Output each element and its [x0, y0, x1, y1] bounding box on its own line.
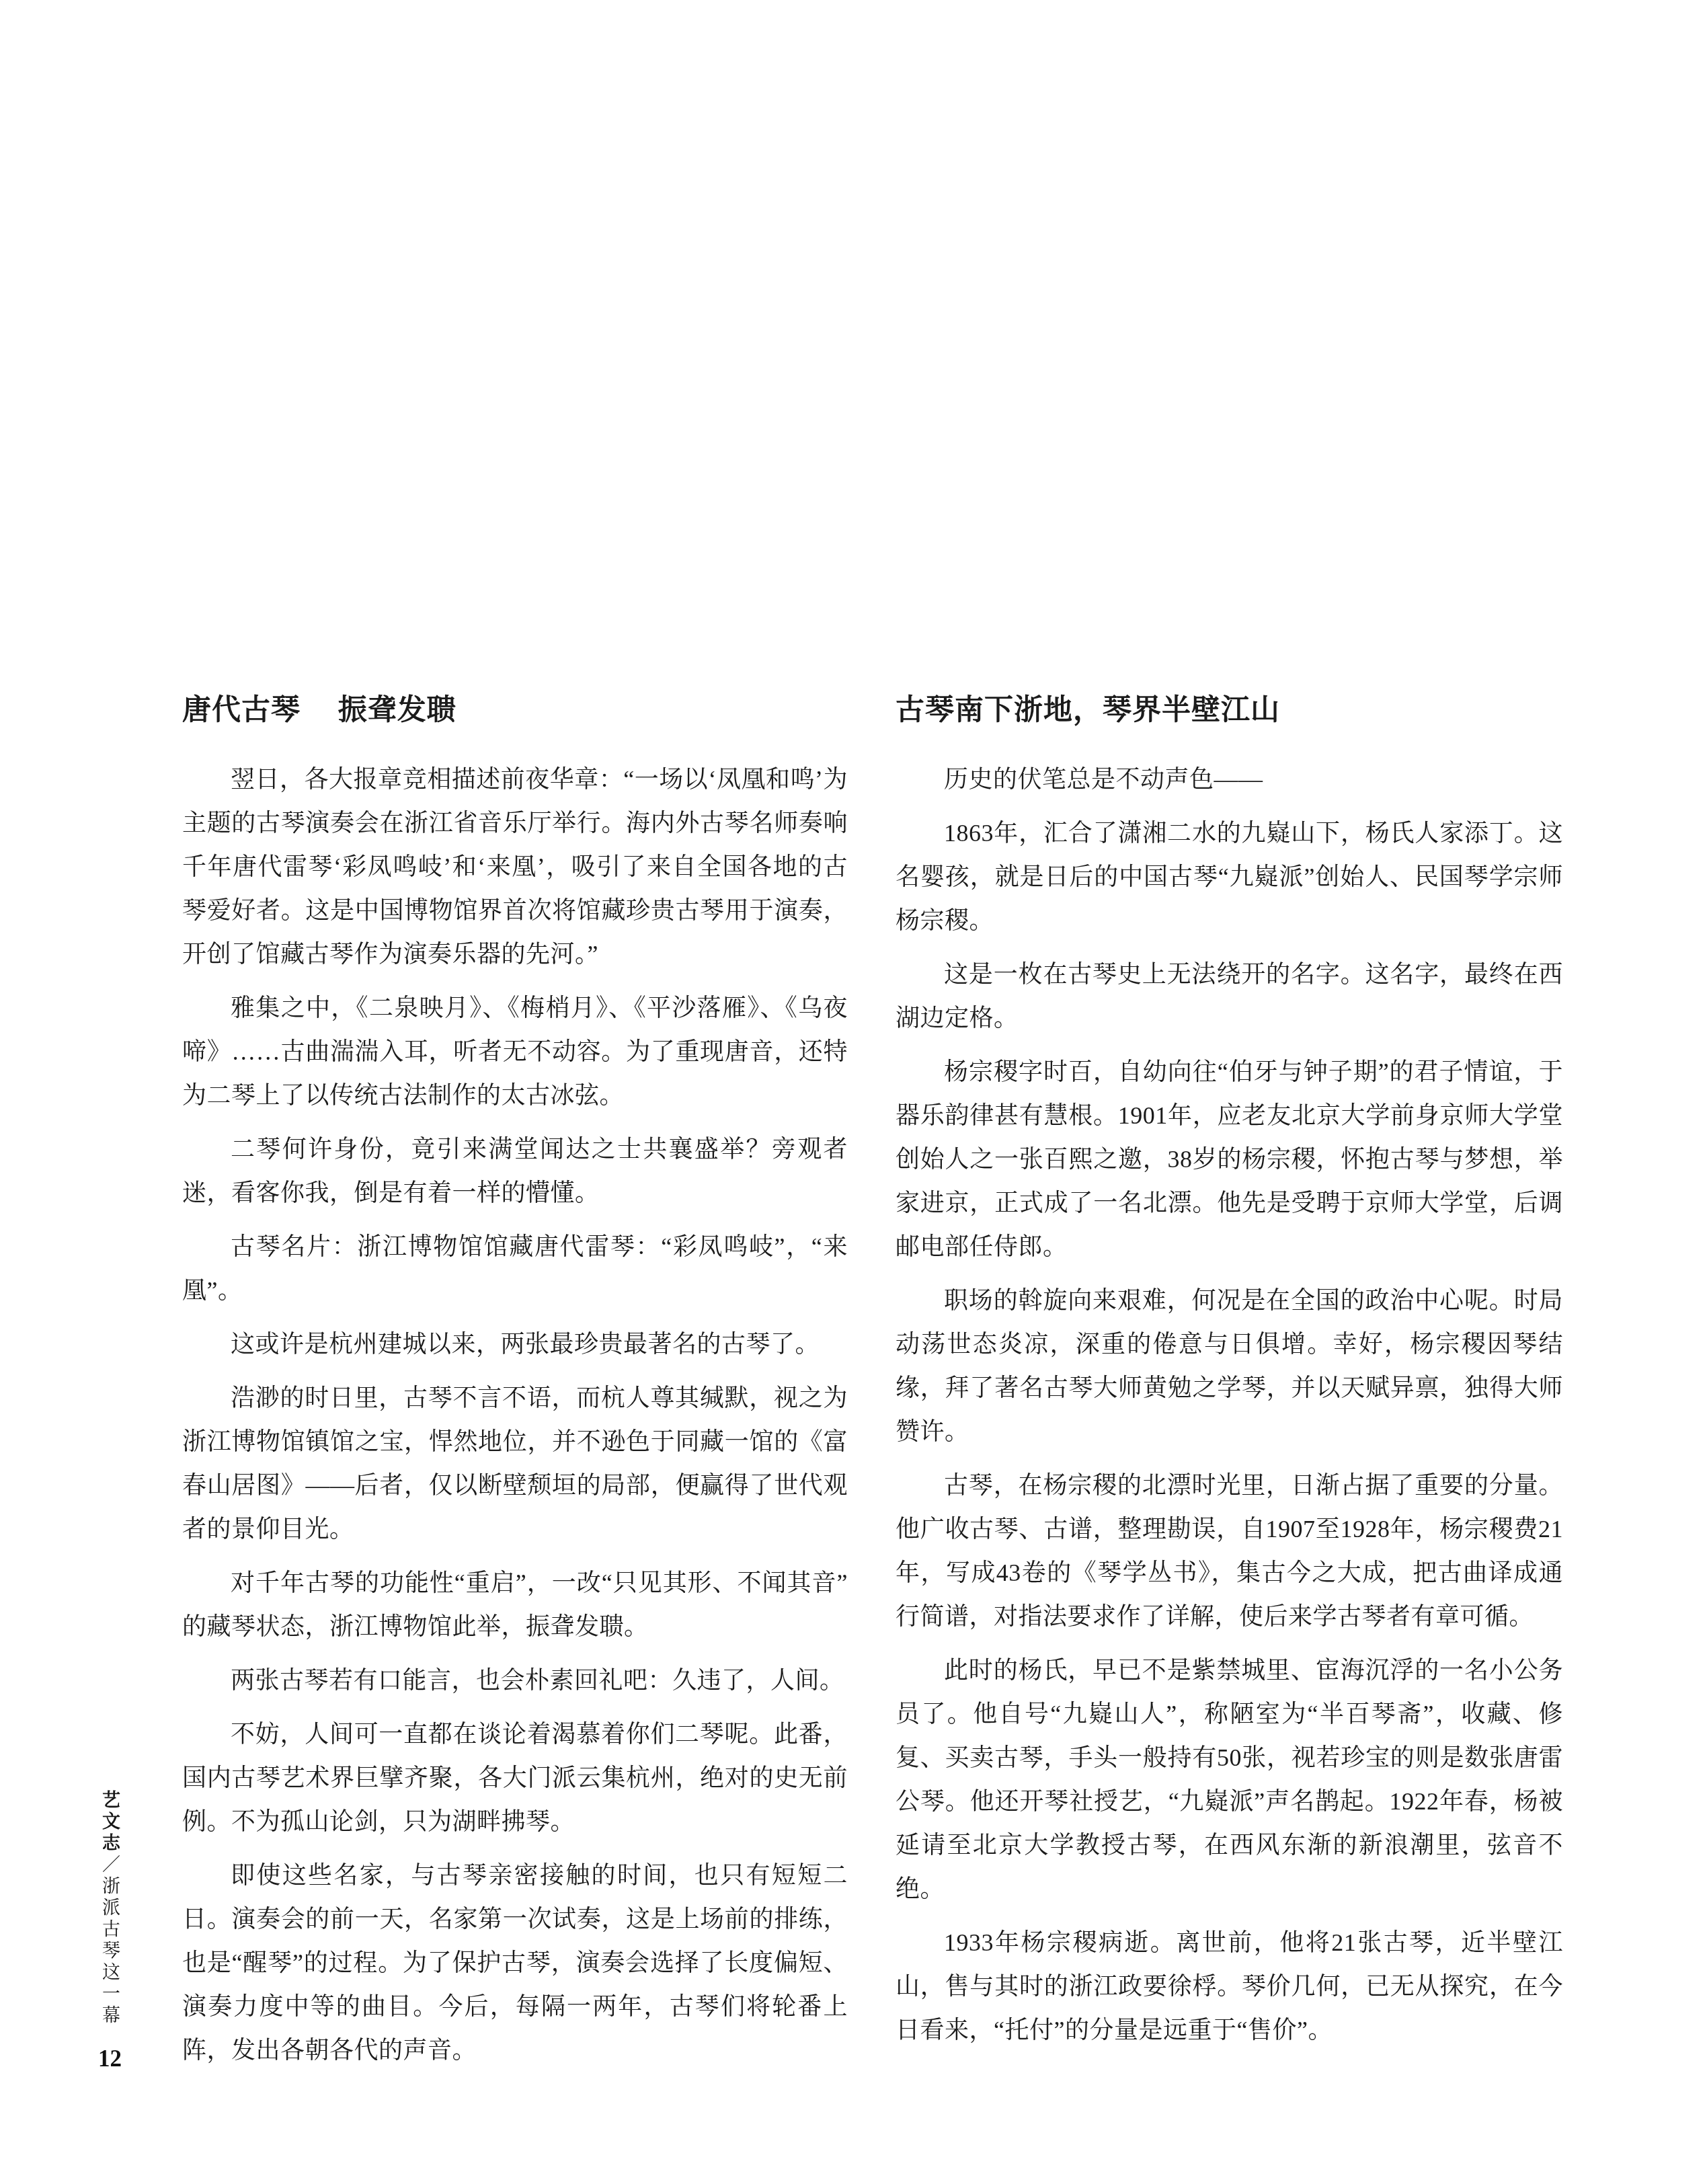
paragraph: 两张古琴若有口能言，也会朴素回礼吧：久违了，人间。 — [182, 1659, 848, 1703]
left-column-heading: 唐代古琴 振聋发聩 — [182, 694, 848, 727]
paragraph: 二琴何许身份，竟引来满堂闻达之士共襄盛举？旁观者迷，看客你我，倒是有着一样的懵懂… — [182, 1128, 848, 1215]
page-number: 12 — [98, 2045, 122, 2072]
paragraph: 此时的杨氏，早已不是紫禁城里、宦海沉浮的一名小公务员了。他自号“九嶷山人”，称陋… — [896, 1649, 1563, 1911]
left-column-paragraphs: 翌日，各大报章竞相描述前夜华章：“一场以‘凤凰和鸣’为主题的古琴演奏会在浙江省音… — [182, 758, 848, 2072]
paragraph: 历史的伏笔总是不动声色—— — [896, 758, 1563, 802]
paragraph: 不妨，人间可一直都在谈论着渴慕着你们二琴呢。此番，国内古琴艺术界巨擘齐聚，各大门… — [182, 1713, 848, 1844]
slash-separator: ／ — [100, 1855, 120, 1876]
paragraph: 古琴，在杨宗稷的北漂时光里，日渐占据了重要的分量。他广收古琴、古谱，整理勘误，自… — [896, 1464, 1563, 1639]
paragraph: 即使这些名家，与古琴亲密接触的时间，也只有短短二日。演奏会的前一天，名家第一次试… — [182, 1854, 848, 2072]
right-column: 古琴南下浙地，琴界半壁江山 历史的伏笔总是不动声色——1863年，汇合了潇湘二水… — [896, 694, 1563, 2052]
paragraph: 这是一枚在古琴史上无法绕开的名字。这名字，最终在西湖边定格。 — [896, 953, 1563, 1040]
article-series-title: 浙派古琴这一幕 — [100, 1876, 120, 2027]
paragraph: 1863年，汇合了潇湘二水的九嶷山下，杨氏人家添丁。这名婴孩，就是日后的中国古琴… — [896, 812, 1563, 943]
paragraph: 杨宗稷字时百，自幼向往“伯牙与钟子期”的君子情谊，于器乐韵律甚有慧根。1901年… — [896, 1050, 1563, 1269]
paragraph: 对千年古琴的功能性“重启”，一改“只见其形、不闻其音”的藏琴状态，浙江博物馆此举… — [182, 1561, 848, 1649]
paragraph: 这或许是杭州建城以来，两张最珍贵最著名的古琴了。 — [182, 1323, 848, 1366]
right-column-paragraphs: 历史的伏笔总是不动声色——1863年，汇合了潇湘二水的九嶷山下，杨氏人家添丁。这… — [896, 758, 1563, 2052]
left-column: 唐代古琴 振聋发聩 翌日，各大报章竞相描述前夜华章：“一场以‘凤凰和鸣’为主题的… — [182, 694, 848, 2072]
sidebar-vertical-title: 艺文志／浙派古琴这一幕 — [98, 1790, 121, 2027]
paragraph: 雅集之中，《二泉映月》、《梅梢月》、《平沙落雁》、《乌夜啼》……古曲湍湍入耳，听… — [182, 986, 848, 1118]
paragraph: 翌日，各大报章竞相描述前夜华章：“一场以‘凤凰和鸣’为主题的古琴演奏会在浙江省音… — [182, 758, 848, 976]
paragraph: 职场的斡旋向来艰难，何况是在全国的政治中心呢。时局动荡世态炎凉，深重的倦意与日俱… — [896, 1279, 1563, 1454]
paragraph: 浩渺的时日里，古琴不言不语，而杭人尊其缄默，视之为浙江博物馆镇馆之宝，悍然地位，… — [182, 1376, 848, 1551]
right-column-heading: 古琴南下浙地，琴界半壁江山 — [896, 694, 1563, 727]
paragraph: 1933年杨宗稷病逝。离世前，他将21张古琴，近半壁江山，售与其时的浙江政要徐桴… — [896, 1921, 1563, 2052]
paragraph: 古琴名片：浙江博物馆馆藏唐代雷琴：“彩凤鸣岐”，“来凰”。 — [182, 1225, 848, 1313]
magazine-section-label: 艺文志 — [100, 1790, 120, 1855]
